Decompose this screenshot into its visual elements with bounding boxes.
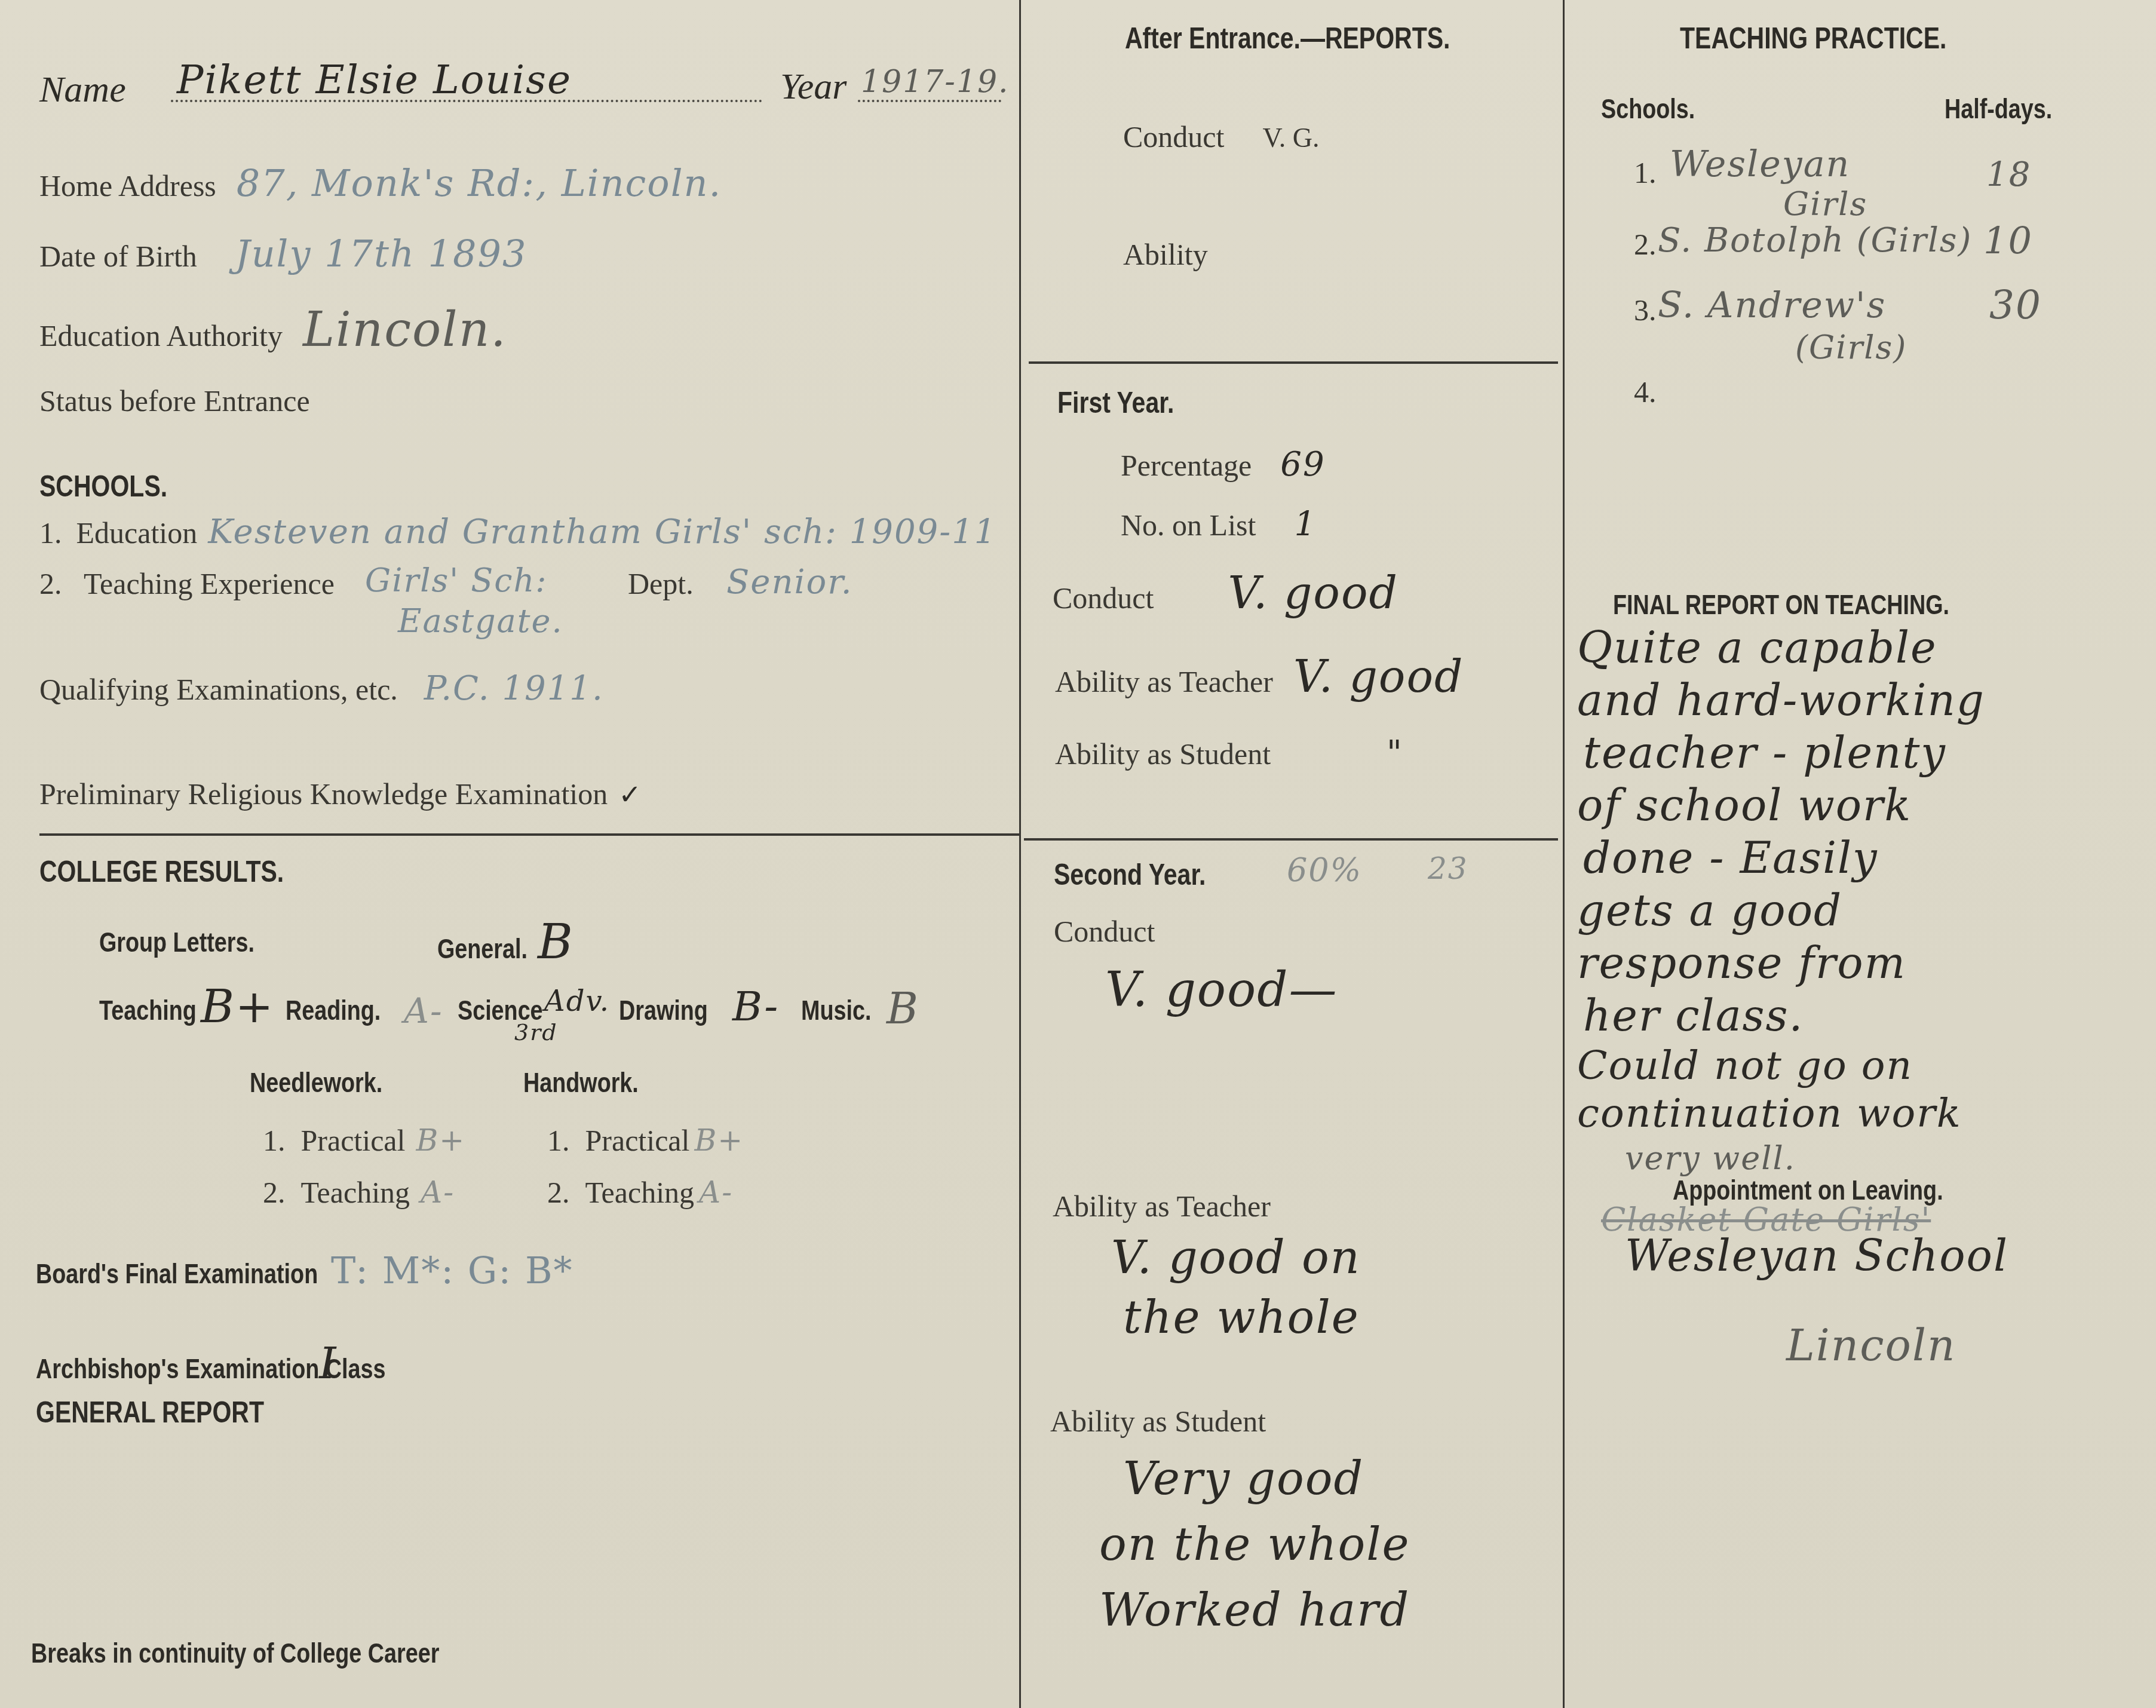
drawing-label: Drawing [619, 994, 708, 1026]
first-year-teacher-value: V. good [1293, 651, 1464, 703]
first-year-percentage-label: Percentage [1121, 449, 1252, 482]
practice-row-1-half-days: 18 [1986, 155, 2031, 194]
reading-label: Reading. [286, 994, 381, 1026]
archbishop-label: Archbishop's Examination Class [36, 1353, 310, 1385]
handwork-practical-value: B+ [694, 1123, 744, 1158]
general-label: General. [437, 933, 528, 965]
prelim-religious-row: Preliminary Religious Knowledge Examinat… [39, 777, 642, 811]
name-row: Name Pikett Elsie Louise Year 1917-19. [39, 57, 1007, 111]
music-value: B [887, 983, 919, 1034]
teaching-num: 2. [39, 566, 62, 601]
name-value: Pikett Elsie Louise [177, 57, 572, 103]
first-year-no-on-list-value: 1 [1294, 505, 1317, 544]
final-report-line: her class. [1577, 989, 2151, 1042]
practice-row-2: 2. S. Botolph (Girls) 10 [1634, 221, 2124, 281]
handwork-practical-num: 1. [547, 1124, 570, 1157]
second-year-student-label: Ability as Student [1050, 1404, 1266, 1439]
education-authority-row: Education Authority Lincoln. [39, 302, 507, 357]
practice-row-1-num: 1. [1634, 155, 1657, 190]
drawing-value: B- [732, 983, 779, 1031]
music-label: Music. [801, 994, 871, 1026]
first-year-conduct-row: Conduct V. good [1053, 568, 1399, 619]
final-report-line: and hard-working [1577, 674, 2151, 726]
record-card: Name Pikett Elsie Louise Year 1917-19. H… [0, 0, 2156, 1708]
final-report-line: continuation work [1577, 1090, 2151, 1137]
boards-final-label: Board's Final Examination [36, 1258, 310, 1290]
final-report-text: Quite a capable and hard-working teacher… [1577, 621, 2151, 1179]
needlework-teaching-row: 2. Teaching A- [263, 1175, 455, 1210]
status-row: Status before Entrance [39, 376, 310, 420]
general-value: B [538, 914, 574, 970]
needlework-practical-row: 1. Practical B+ [263, 1123, 465, 1158]
final-report-line: response from [1577, 937, 2151, 989]
second-year-teacher-value-1: V. good on [1111, 1231, 1361, 1284]
second-year-position-value: 23 [1428, 851, 1468, 886]
first-year-percentage-value: 69 [1280, 445, 1325, 484]
education-authority-value: Lincoln. [303, 302, 507, 357]
boards-final-row: Board's Final Examination T: M*: G: B* [36, 1249, 573, 1292]
practice-row-1-school: Wesleyan [1670, 143, 1850, 185]
year-label: Year [780, 66, 847, 108]
science-sub-value: 3rd [514, 1019, 558, 1045]
entrance-conduct-row: Conduct V. G. [1123, 119, 1319, 154]
needlework-practical-label: Practical [301, 1124, 406, 1157]
practice-row-4-num: 4. [1634, 375, 1657, 409]
section-rule-left [39, 833, 1019, 836]
practice-row-3-school-2: (Girls) [1795, 329, 1907, 366]
second-year-student-value-1: Very good [1123, 1452, 1364, 1505]
final-report-line: of school work [1577, 779, 2151, 832]
breaks-continuity-label: Breaks in continuity of College Career [31, 1637, 439, 1669]
qualifying-label: Qualifying Examinations, etc. [39, 673, 398, 706]
final-report-line: very well. [1577, 1137, 2151, 1179]
final-report-heading: FINAL REPORT ON TEACHING. [1613, 588, 1949, 621]
teaching-practice-heading: TEACHING PRACTICE. [1680, 21, 1946, 56]
teaching-label: Teaching [99, 994, 197, 1026]
appointment-value-2: Lincoln [1786, 1320, 1956, 1370]
first-year-teacher-row: Ability as Teacher V. good [1055, 651, 1464, 703]
final-report-line: gets a good [1577, 884, 2151, 937]
dept-label: Dept. [628, 566, 694, 601]
first-year-student-label: Ability as Student [1055, 737, 1271, 771]
practice-row-2-num: 2. [1634, 227, 1657, 262]
practice-row-3-school: S. Andrew's [1658, 284, 1886, 326]
second-year-teacher-label: Ability as Teacher [1053, 1189, 1271, 1223]
section-rule-mid-1 [1029, 361, 1558, 364]
general-report-heading: GENERAL REPORT [36, 1395, 264, 1430]
section-rule-mid-2 [1024, 838, 1558, 841]
needlework-practical-num: 1. [263, 1124, 286, 1157]
second-year-heading-row: Second Year. 60% 23 [1054, 851, 1544, 899]
practice-row-3-num: 3. [1634, 293, 1657, 327]
prelim-religious-label: Preliminary Religious Knowledge Examinat… [39, 777, 608, 811]
half-days-column-label: Half-days. [1945, 93, 2052, 125]
status-label: Status before Entrance [39, 384, 310, 418]
boards-final-value: T: M*: G: B* [331, 1249, 573, 1292]
second-year-student-value-3: Worked hard [1099, 1583, 1410, 1636]
practice-row-1-school-2: Girls [1783, 185, 1867, 223]
practice-row-3: 3. S. Andrew's (Girls) 30 [1634, 287, 2124, 370]
appointment-value-1: Wesleyan School [1625, 1231, 2008, 1281]
final-report-line: Quite a capable [1577, 621, 2151, 674]
general-row: General. B [437, 914, 574, 970]
reading-value: A- [404, 991, 443, 1031]
dept-value: Senior. [726, 563, 853, 602]
group-letters-label: Group Letters. [99, 926, 254, 958]
qualifying-row: Qualifying Examinations, etc. P.C. 1911. [39, 669, 604, 708]
column-divider-right [1563, 0, 1565, 1708]
college-results-heading: COLLEGE RESULTS. [39, 854, 284, 889]
science-value: Adv. [544, 985, 610, 1018]
first-year-conduct-label: Conduct [1053, 581, 1154, 615]
education-label: Education [76, 516, 198, 550]
final-report-line: done - Easily [1577, 832, 2151, 884]
first-year-percentage-row: Percentage 69 [1121, 445, 1326, 484]
handwork-practical-label: Practical [585, 1124, 690, 1157]
entrance-ability-row: Ability [1123, 230, 1208, 274]
reports-heading: After Entrance.—REPORTS. [1125, 21, 1450, 56]
final-report-line: teacher - plenty [1577, 726, 2151, 779]
checkmark-icon: ✓ [618, 778, 642, 811]
education-authority-label: Education Authority [39, 319, 283, 352]
second-year-conduct-value: V. good— [1105, 962, 1338, 1017]
practice-row-2-half-days: 10 [1983, 219, 2033, 262]
home-address-value: 87, Monk's Rd:, Lincoln. [237, 161, 722, 205]
first-year-no-on-list-row: No. on List 1 [1121, 505, 1317, 544]
first-year-no-on-list-label: No. on List [1121, 508, 1256, 542]
first-year-teacher-label: Ability as Teacher [1055, 665, 1273, 698]
home-address-row: Home Address 87, Monk's Rd:, Lincoln. [39, 161, 722, 205]
practice-row-2-school: S. Botolph (Girls) [1658, 221, 1972, 260]
education-row: 1. Education Kesteven and Grantham Girls… [39, 513, 996, 551]
first-year-conduct-value: V. good [1228, 568, 1398, 619]
needlework-practical-value: B+ [416, 1123, 465, 1158]
home-address-label: Home Address [39, 169, 216, 203]
teaching-experience-value-2: Eastgate. [398, 602, 563, 640]
schools-column-label: Schools. [1601, 93, 1695, 125]
handwork-teaching-row: 2. Teaching A- [547, 1175, 733, 1210]
dob-row: Date of Birth July 17th 1893 [39, 232, 527, 275]
entrance-conduct-label: Conduct [1123, 120, 1224, 154]
second-year-teacher-value-2: the whole [1123, 1290, 1360, 1344]
practice-row-4: 4. [1634, 367, 1657, 411]
needlework-teaching-value: A- [421, 1175, 455, 1210]
education-value: Kesteven and Grantham Girls' sch: 1909-1… [208, 513, 996, 551]
archbishop-row: Archbishop's Examination Class I [36, 1338, 337, 1388]
entrance-conduct-value: V. G. [1262, 122, 1319, 153]
first-year-student-value: " [1387, 734, 1403, 772]
qualifying-value: P.C. 1911. [424, 669, 604, 708]
needlework-label: Needlework. [250, 1066, 382, 1099]
second-year-percentage-value: 60% [1287, 851, 1362, 889]
needlework-teaching-label: Teaching [301, 1176, 410, 1209]
first-year-heading: First Year. [1057, 385, 1174, 420]
final-report-line: Could not go on [1577, 1042, 2151, 1090]
year-value: 1917-19. [861, 64, 1010, 100]
second-year-conduct-label: Conduct [1054, 914, 1155, 949]
subjects-row: Teaching B+ Reading. A- Science Adv. 3rd… [99, 980, 995, 1051]
teaching-experience-row: 2. Teaching Experience Girls' Sch: Eastg… [39, 566, 995, 644]
practice-row-3-half-days: 30 [1989, 282, 2042, 328]
second-year-heading: Second Year. [1054, 857, 1206, 892]
handwork-label: Handwork. [523, 1066, 639, 1099]
second-year-student-value-2: on the whole [1099, 1517, 1410, 1571]
needlework-teaching-num: 2. [263, 1176, 286, 1209]
handwork-teaching-value: A- [699, 1175, 733, 1210]
teaching-experience-label: Teaching Experience [84, 566, 335, 601]
handwork-teaching-label: Teaching [585, 1176, 695, 1209]
schools-heading: SCHOOLS. [39, 469, 167, 504]
first-year-student-row: Ability as Student " [1055, 734, 1403, 772]
handwork-teaching-num: 2. [547, 1176, 570, 1209]
handwork-practical-row: 1. Practical B+ [547, 1123, 744, 1158]
column-divider-left [1019, 0, 1021, 1708]
dob-label: Date of Birth [39, 240, 197, 273]
practice-row-1: 1. Wesleyan Girls 18 [1634, 143, 2124, 221]
teaching-experience-value-1: Girls' Sch: [365, 562, 547, 599]
name-label: Name [39, 69, 126, 111]
teaching-value: B+ [201, 980, 275, 1033]
dob-value: July 17th 1893 [235, 232, 528, 275]
education-num: 1. [39, 516, 62, 550]
entrance-ability-label: Ability [1123, 238, 1208, 271]
year-field-line [858, 100, 1001, 102]
